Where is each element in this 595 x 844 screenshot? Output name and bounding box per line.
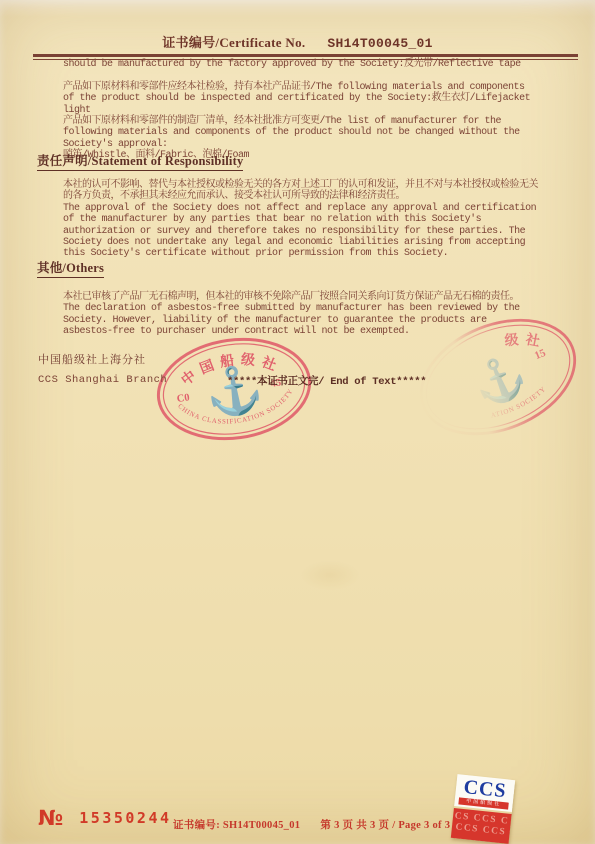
certificate-header: 证书编号/Certificate No.SH14T00045_01 (0, 32, 595, 51)
paragraph-lifejacket-light: 产品如下原材料和零部件应经本社检验，持有本社产品证书/The following… (63, 82, 541, 116)
branch-name-cn: 中国船级社上海分社 (38, 351, 146, 367)
ccs-logo-top: CCS 中国船级社 (454, 774, 515, 812)
serial-number: 15350244 (79, 809, 171, 827)
paragraph-reflective-tape: should be manufactured by the factory ap… (63, 59, 541, 70)
end-of-text-line: *****本证书正文完/ End of Text***** (227, 373, 426, 388)
responsibility-body-en: The approval of the Society does not aff… (63, 203, 541, 260)
heading-statement-of-responsibility: 责任声明/Statement of Responsibility (37, 151, 243, 171)
responsibility-body-cn: 本社的认可不影响、替代与本社授权或检验无关的各方对上述工厂的认可和发证，并且不对… (63, 180, 541, 203)
footer-cert-no: 证书编号: SH14T00045_01 (173, 817, 300, 832)
others-body-en: The declaration of asbestos-free submitt… (63, 303, 541, 337)
certificate-number: SH14T00045_01 (327, 36, 432, 51)
manufacturer-list-text: 产品如下原材料和零部件的制造厂清单，经本社批准方可变更/The list of … (63, 116, 541, 150)
paper-stain (300, 560, 360, 590)
branch-name-en: CCS Shanghai Branch (38, 374, 167, 386)
certificate-page: 证书编号/Certificate No.SH14T00045_01 should… (0, 0, 595, 844)
stamp-left-code-left: C0 (176, 392, 190, 405)
heading-others: 其他/Others (37, 258, 104, 278)
ccs-logo-pattern: CS CCS C CCS CCS (451, 808, 512, 844)
footer-certificate-info: 证书编号: SH14T00045_01 第 3 页 共 3 页 / Page 3… (173, 817, 450, 832)
others-body: 本社已审核了产品厂无石棉声明，但本社的审核不免除产品厂按照合同关系向订货方保证产… (63, 292, 541, 338)
anchor-icon: ⚓ (202, 361, 266, 421)
footer-page-info: 第 3 页 共 3 页 / Page 3 of 3 (320, 817, 450, 832)
ccs-seal-stamp-left: 中国船级社 CHINA CLASSIFICATION SOCIETY ⚓ C0 … (145, 324, 322, 454)
serial-number-block: №15350244 (38, 806, 172, 830)
certificate-no-label: 证书编号/Certificate No. (162, 35, 305, 50)
responsibility-body: 本社的认可不影响、替代与本社授权或检验无关的各方对上述工厂的认可和发证，并且不对… (63, 180, 541, 260)
serial-prefix: № (38, 806, 63, 830)
ccs-logo-sticker: CCS 中国船级社 CS CCS C CCS CCS (451, 774, 515, 844)
others-body-cn: 本社已审核了产品厂无石棉声明，但本社的审核不免除产品厂按照合同关系向订货方保证产… (63, 292, 541, 303)
